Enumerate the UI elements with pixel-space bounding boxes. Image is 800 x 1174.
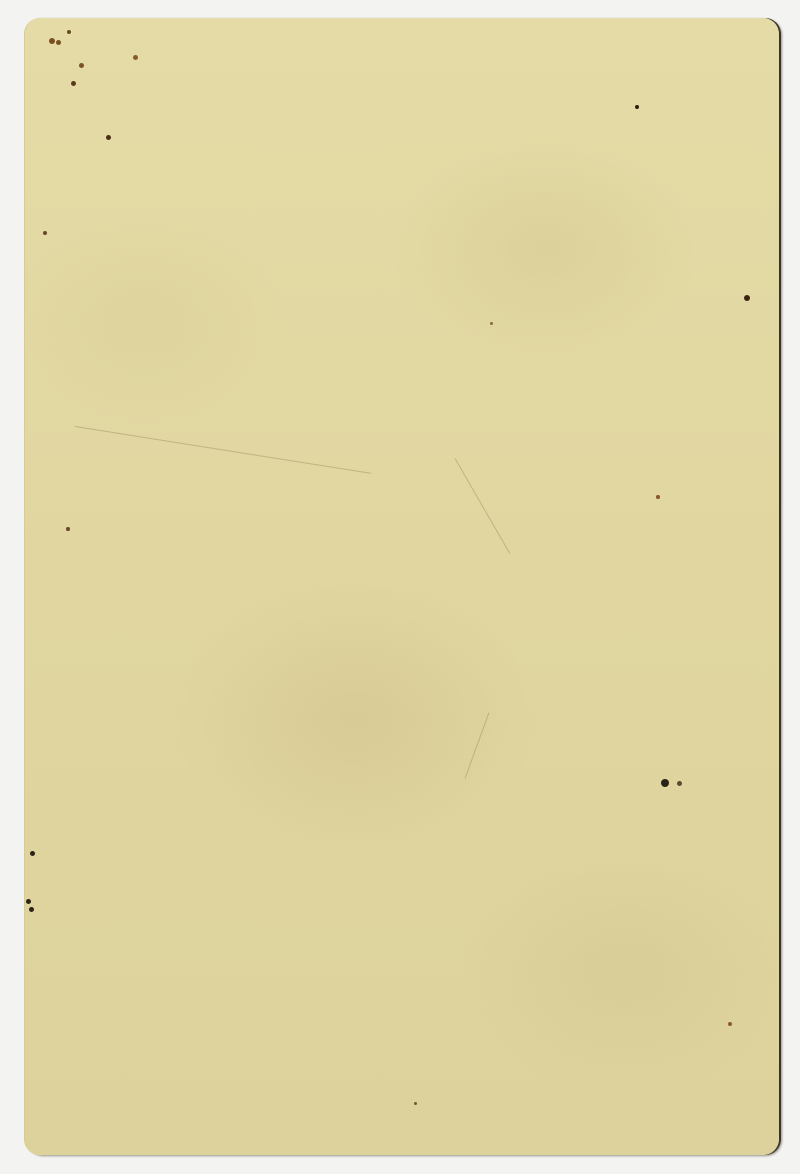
foxing-spot [490,322,493,325]
foxing-spot [635,105,639,109]
foxing-spot [43,231,47,235]
foxing-spot [661,779,669,787]
foxing-spot [71,81,76,86]
card-back [24,18,779,1155]
foxing-spot [67,30,71,34]
foxing-spot [728,1022,732,1026]
foxing-spot [744,295,750,301]
foxing-spot [414,1102,417,1105]
scratch-mark [465,713,490,779]
foxing-spot [29,907,34,912]
foxing-spot [133,55,138,60]
foxing-spot [49,38,55,44]
foxing-spot [106,135,111,140]
foxing-spot [30,851,35,856]
foxing-spot [66,527,70,531]
foxing-spot [656,495,660,499]
foxing-spot [56,40,61,45]
scratch-mark [75,426,371,474]
scratch-mark [455,458,511,554]
foxing-spot [677,781,682,786]
foxing-spot [79,63,84,68]
foxing-spot [26,899,31,904]
